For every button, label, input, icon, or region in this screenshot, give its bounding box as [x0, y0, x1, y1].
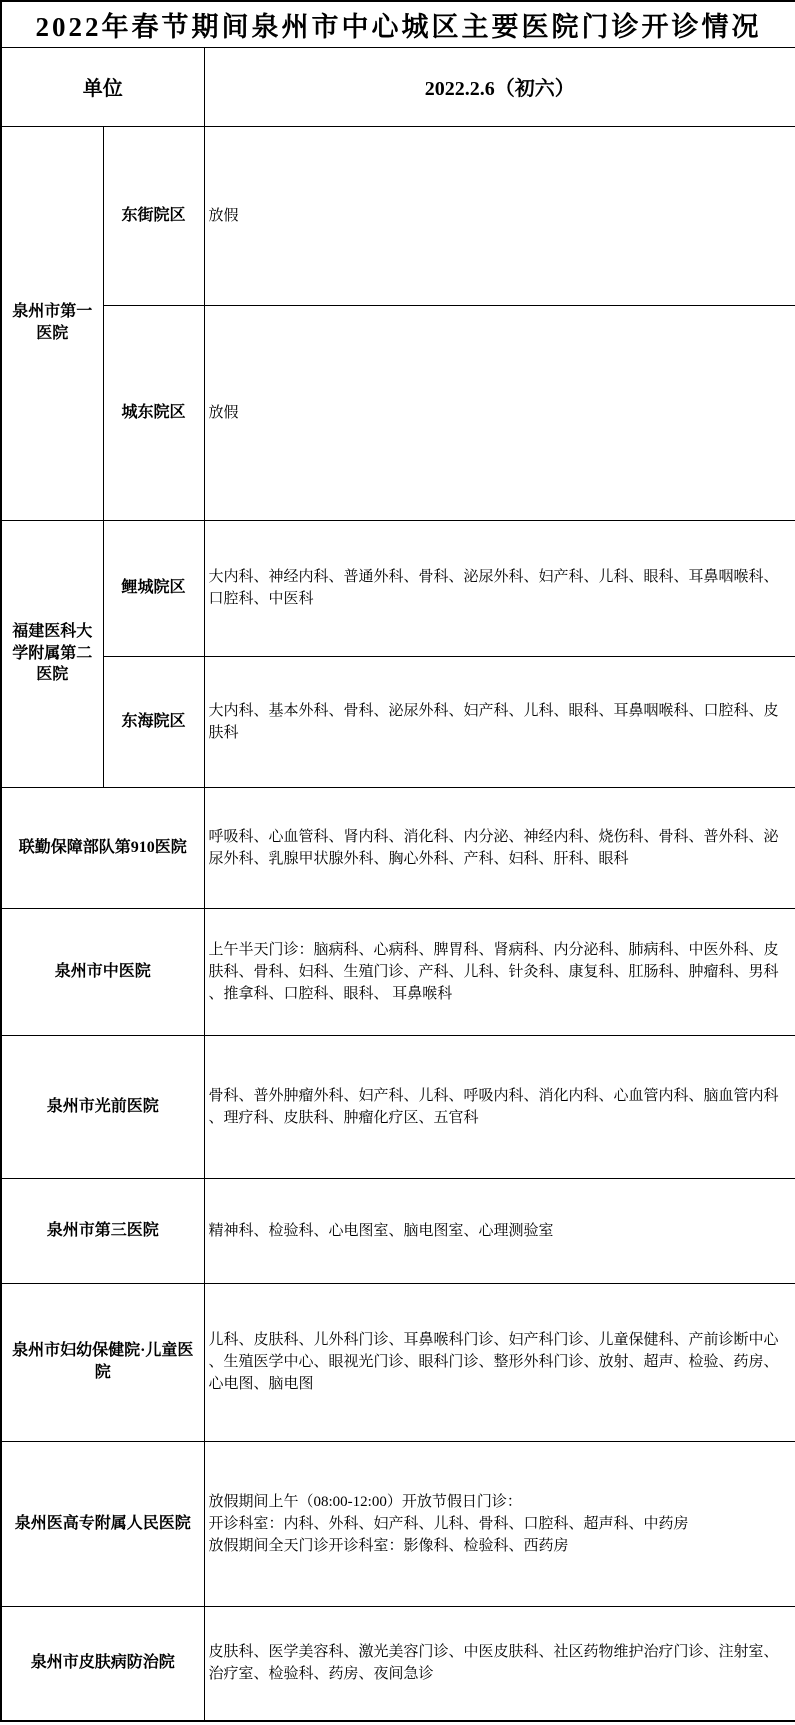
table-row: 泉州医高专附属人民医院 放假期间上午（08:00-12:00）开放节假日门诊： …	[1, 1441, 795, 1606]
departments-cell: 放假	[204, 126, 795, 305]
departments-cell: 放假	[204, 305, 795, 520]
departments-line: 开诊科室：内科、外科、妇产科、儿科、骨科、口腔科、超声科、中药房	[209, 1513, 788, 1535]
departments-cell: 上午半天门诊：脑病科、心病科、脾胃科、肾病科、内分泌科、肺病科、中医外科、皮肤科…	[204, 908, 795, 1035]
hospital-name-cell: 泉州医高专附属人民医院	[1, 1441, 204, 1606]
page-title: 2022年春节期间泉州市中心城区主要医院门诊开诊情况	[1, 1, 795, 47]
departments-cell: 皮肤科、医学美容科、激光美容门诊、中医皮肤科、社区药物维护治疗门诊、注射室、治疗…	[204, 1606, 795, 1721]
departments-line: 放假期间全天门诊开诊科室：影像科、检验科、西药房	[209, 1535, 788, 1557]
hospital-name-cell: 泉州市光前医院	[1, 1035, 204, 1178]
campus-cell: 东海院区	[103, 656, 204, 787]
departments-cell: 大内科、神经内科、普通外科、骨科、泌尿外科、妇产科、儿科、眼科、耳鼻咽喉科、口腔…	[204, 520, 795, 656]
title-row: 2022年春节期间泉州市中心城区主要医院门诊开诊情况	[1, 1, 795, 47]
table-row: 联勤保障部队第910医院 呼吸科、心血管科、肾内科、消化科、内分泌、神经内科、烧…	[1, 787, 795, 908]
campus-cell: 城东院区	[103, 305, 204, 520]
hospital-name-cell: 泉州市中医院	[1, 908, 204, 1035]
table-row: 福建医科大学附属第二医院 鲤城院区 大内科、神经内科、普通外科、骨科、泌尿外科、…	[1, 520, 795, 656]
departments-cell: 呼吸科、心血管科、肾内科、消化科、内分泌、神经内科、烧伤科、骨科、普外科、泌尿外…	[204, 787, 795, 908]
campus-cell: 鲤城院区	[103, 520, 204, 656]
date-header-cell: 2022.2.6（初六）	[204, 47, 795, 126]
table-row: 东海院区 大内科、基本外科、骨科、泌尿外科、妇产科、儿科、眼科、耳鼻咽喉科、口腔…	[1, 656, 795, 787]
table-row: 泉州市第三医院 精神科、检验科、心电图室、脑电图室、心理测验室	[1, 1178, 795, 1283]
hospital-name-cell: 泉州市妇幼保健院·儿童医院	[1, 1283, 204, 1441]
departments-cell: 大内科、基本外科、骨科、泌尿外科、妇产科、儿科、眼科、耳鼻咽喉科、口腔科、皮肤科	[204, 656, 795, 787]
hospital-name-cell: 泉州市皮肤病防治院	[1, 1606, 204, 1721]
table-row: 泉州市第一医院 东街院区 放假	[1, 126, 795, 305]
departments-cell: 骨科、普外肿瘤外科、妇产科、儿科、呼吸内科、消化内科、心血管内科、脑血管内科、理…	[204, 1035, 795, 1178]
table-row: 城东院区 放假	[1, 305, 795, 520]
hospital-schedule-table: 2022年春节期间泉州市中心城区主要医院门诊开诊情况 单位 2022.2.6（初…	[0, 0, 795, 1722]
hospital-name-cell: 泉州市第一医院	[1, 126, 103, 520]
departments-cell: 放假期间上午（08:00-12:00）开放节假日门诊： 开诊科室：内科、外科、妇…	[204, 1441, 795, 1606]
hospital-name-cell: 联勤保障部队第910医院	[1, 787, 204, 908]
table-row: 泉州市皮肤病防治院 皮肤科、医学美容科、激光美容门诊、中医皮肤科、社区药物维护治…	[1, 1606, 795, 1721]
hospital-name-cell: 泉州市第三医院	[1, 1178, 204, 1283]
table-row: 泉州市中医院 上午半天门诊：脑病科、心病科、脾胃科、肾病科、内分泌科、肺病科、中…	[1, 908, 795, 1035]
hospital-name-cell: 福建医科大学附属第二医院	[1, 520, 103, 787]
table-row: 泉州市光前医院 骨科、普外肿瘤外科、妇产科、儿科、呼吸内科、消化内科、心血管内科…	[1, 1035, 795, 1178]
table-row: 泉州市妇幼保健院·儿童医院 儿科、皮肤科、儿外科门诊、耳鼻喉科门诊、妇产科门诊、…	[1, 1283, 795, 1441]
campus-cell: 东街院区	[103, 126, 204, 305]
unit-header-cell: 单位	[1, 47, 204, 126]
departments-cell: 精神科、检验科、心电图室、脑电图室、心理测验室	[204, 1178, 795, 1283]
departments-line: 放假期间上午（08:00-12:00）开放节假日门诊：	[209, 1491, 788, 1513]
header-row: 单位 2022.2.6（初六）	[1, 47, 795, 126]
departments-cell: 儿科、皮肤科、儿外科门诊、耳鼻喉科门诊、妇产科门诊、儿童保健科、产前诊断中心、生…	[204, 1283, 795, 1441]
